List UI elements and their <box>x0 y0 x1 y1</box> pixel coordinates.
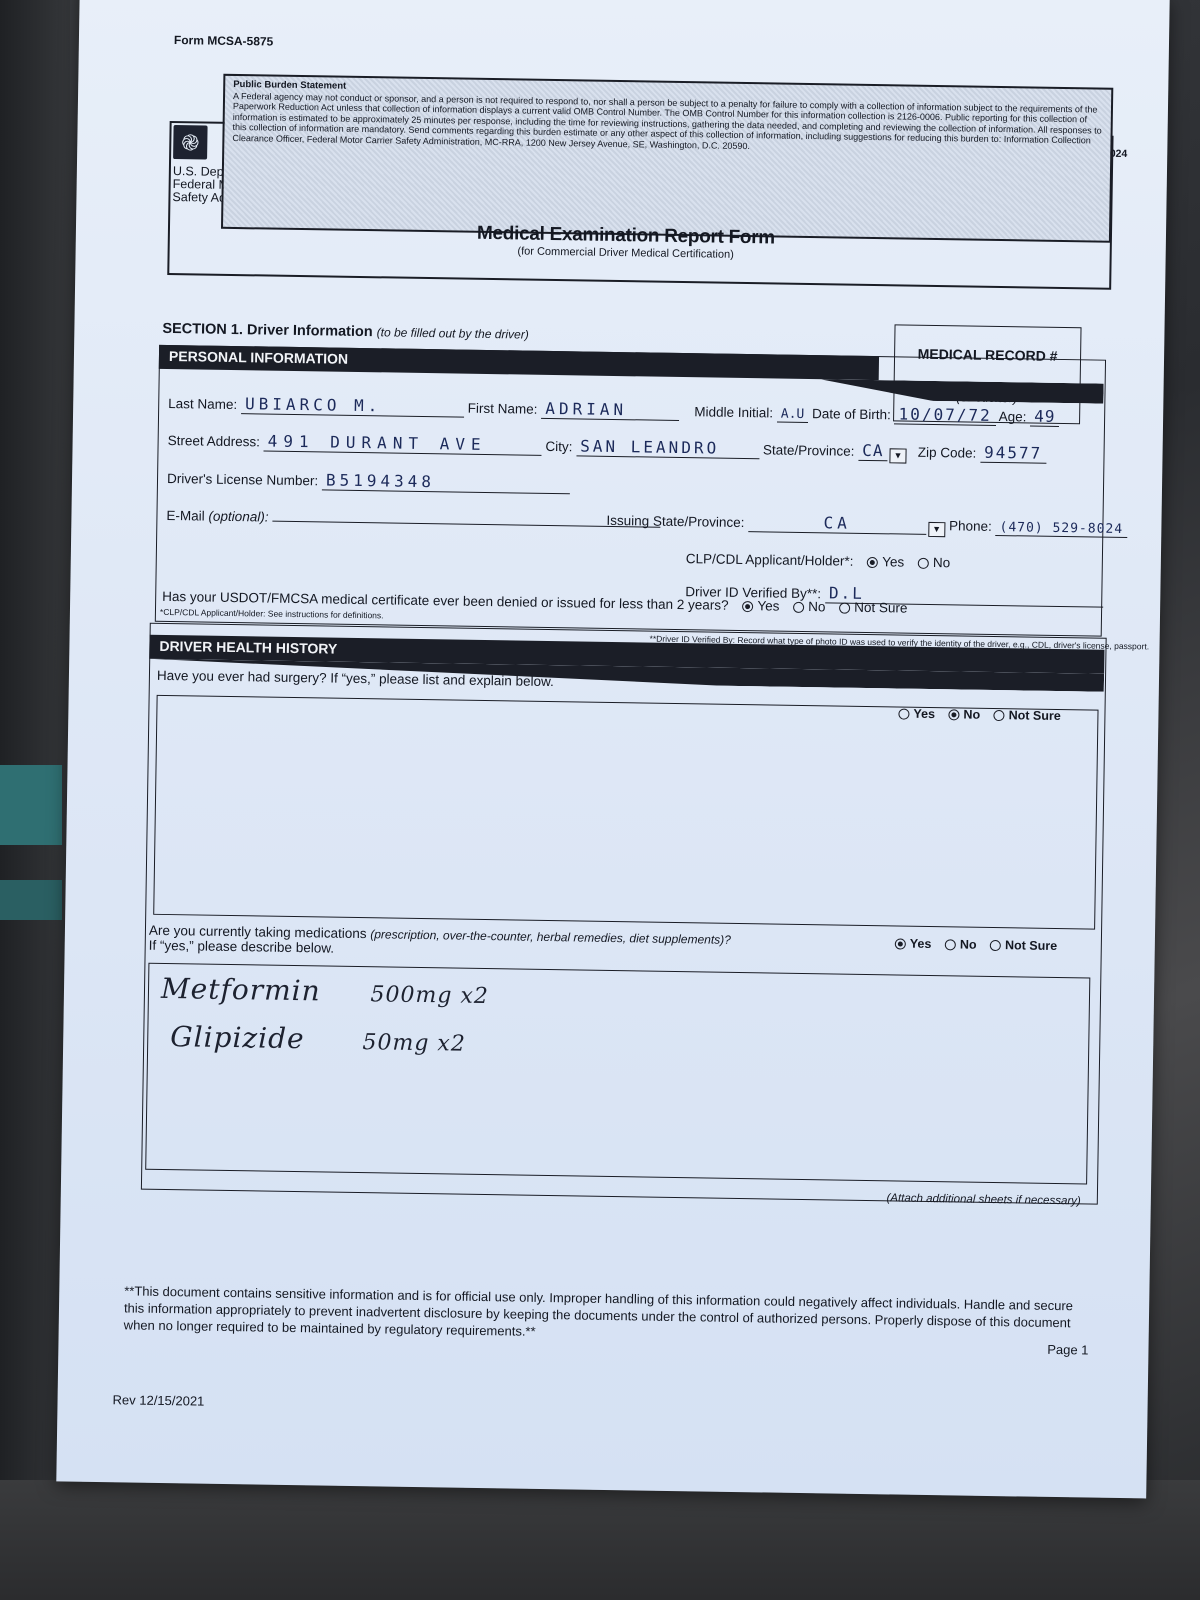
revision-date: Rev 12/15/2021 <box>112 1392 204 1408</box>
medications-question-line2: If “yes,” please describe below. <box>149 938 335 956</box>
dob-field[interactable]: 10/07/72 <box>894 404 995 426</box>
middle-initial-field[interactable]: A.U <box>777 407 809 423</box>
clp-cdl-no-label: No <box>933 555 950 570</box>
medications-question-note: (prescription, over-the-counter, herbal … <box>370 927 731 947</box>
state-field[interactable]: CA <box>858 441 888 461</box>
medication-name: Metformin <box>161 972 321 1008</box>
section1-note: (to be filled out by the driver) <box>377 325 529 341</box>
issuing-state-field[interactable]: CA <box>748 512 926 535</box>
city-field[interactable]: SAN LEANDRO <box>576 436 759 459</box>
denied-yes-label: Yes <box>757 598 779 613</box>
street-field[interactable]: 491 DURANT AVE <box>264 431 542 455</box>
clp-cdl-label: CLP/CDL Applicant/Holder*: <box>686 551 854 569</box>
denied-notsure-radio[interactable] <box>839 603 850 614</box>
issuing-state-dropdown-icon[interactable]: ▼ <box>928 522 945 537</box>
medications-yes-label: Yes <box>910 937 932 951</box>
middle-initial-label: Middle Initial: <box>694 404 773 420</box>
page-number: Page 1 <box>1047 1342 1088 1358</box>
medication-dose: 50mg x2 <box>362 1030 466 1057</box>
last-name-field[interactable]: UBIARCO M. <box>241 394 464 418</box>
medications-notsure-label: Not Sure <box>1005 938 1057 953</box>
city-label: City: <box>545 439 572 454</box>
medications-answer-box[interactable]: Metformin 500mg x2 Glipizide 50mg x2 <box>145 963 1090 1185</box>
email-label-note: (optional): <box>208 509 268 525</box>
zip-field[interactable]: 94577 <box>980 443 1046 464</box>
medications-options: Yes No Not Sure <box>885 936 1057 953</box>
street-label: Street Address: <box>168 433 261 449</box>
license-label: Driver's License Number: <box>167 471 318 488</box>
medications-yes-radio[interactable] <box>895 938 906 949</box>
medications-no-radio[interactable] <box>945 939 956 950</box>
denied-notsure-label: Not Sure <box>854 600 908 616</box>
clp-cdl-yes-radio[interactable] <box>867 557 878 568</box>
state-dropdown-icon[interactable]: ▼ <box>889 448 906 463</box>
phone-field[interactable]: (470) 529-8024 <box>995 520 1127 538</box>
dob-label: Date of Birth: <box>812 406 891 422</box>
form-number: Form MCSA-5875 <box>174 33 274 49</box>
background-strip <box>0 880 62 920</box>
zip-label: Zip Code: <box>918 445 977 461</box>
section1-title: SECTION 1. Driver Information (to be fil… <box>162 321 529 343</box>
email-label: E-Mail <box>166 508 204 524</box>
medication-entry: Metformin 500mg x2 <box>161 972 489 1010</box>
first-name-label: First Name: <box>468 401 538 417</box>
issuing-state-label: Issuing State/Province: <box>606 513 744 530</box>
medication-dose: 500mg x2 <box>370 982 489 1009</box>
denied-no-radio[interactable] <box>793 602 804 613</box>
license-field[interactable]: B5194348 <box>322 470 570 494</box>
sensitive-info-disclaimer: **This document contains sensitive infor… <box>124 1282 1085 1348</box>
background-strip <box>0 765 62 845</box>
denied-no-label: No <box>808 599 825 614</box>
surgery-answer-box[interactable] <box>153 695 1098 930</box>
age-label: Age: <box>999 409 1027 424</box>
phone-label: Phone: <box>949 518 992 534</box>
public-burden-statement: Public Burden Statement A Federal agency… <box>221 74 1113 243</box>
medication-name: Glipizide <box>170 1020 305 1055</box>
medications-no-label: No <box>960 937 977 951</box>
clp-cdl-yes-label: Yes <box>882 554 904 569</box>
state-label: State/Province: <box>763 442 855 458</box>
clp-cdl-no-radio[interactable] <box>918 558 929 569</box>
first-name-field[interactable]: ADRIAN <box>541 399 679 421</box>
attach-note: (Attach additional sheets if necessary) <box>886 1192 1080 1207</box>
dot-logo-icon: ֎ <box>173 125 208 160</box>
medication-entry: Glipizide 50mg x2 <box>170 1020 466 1058</box>
form-page: Form MCSA-5875 OMB No.: 2126-0006 Expira… <box>56 0 1169 1498</box>
age-field[interactable]: 49 <box>1030 407 1060 427</box>
last-name-label: Last Name: <box>168 396 237 412</box>
medications-notsure-radio[interactable] <box>990 940 1001 951</box>
background-seat-bottom <box>0 1480 1200 1600</box>
section1-heading: SECTION 1. Driver Information <box>162 321 373 340</box>
denied-yes-radio[interactable] <box>742 601 753 612</box>
